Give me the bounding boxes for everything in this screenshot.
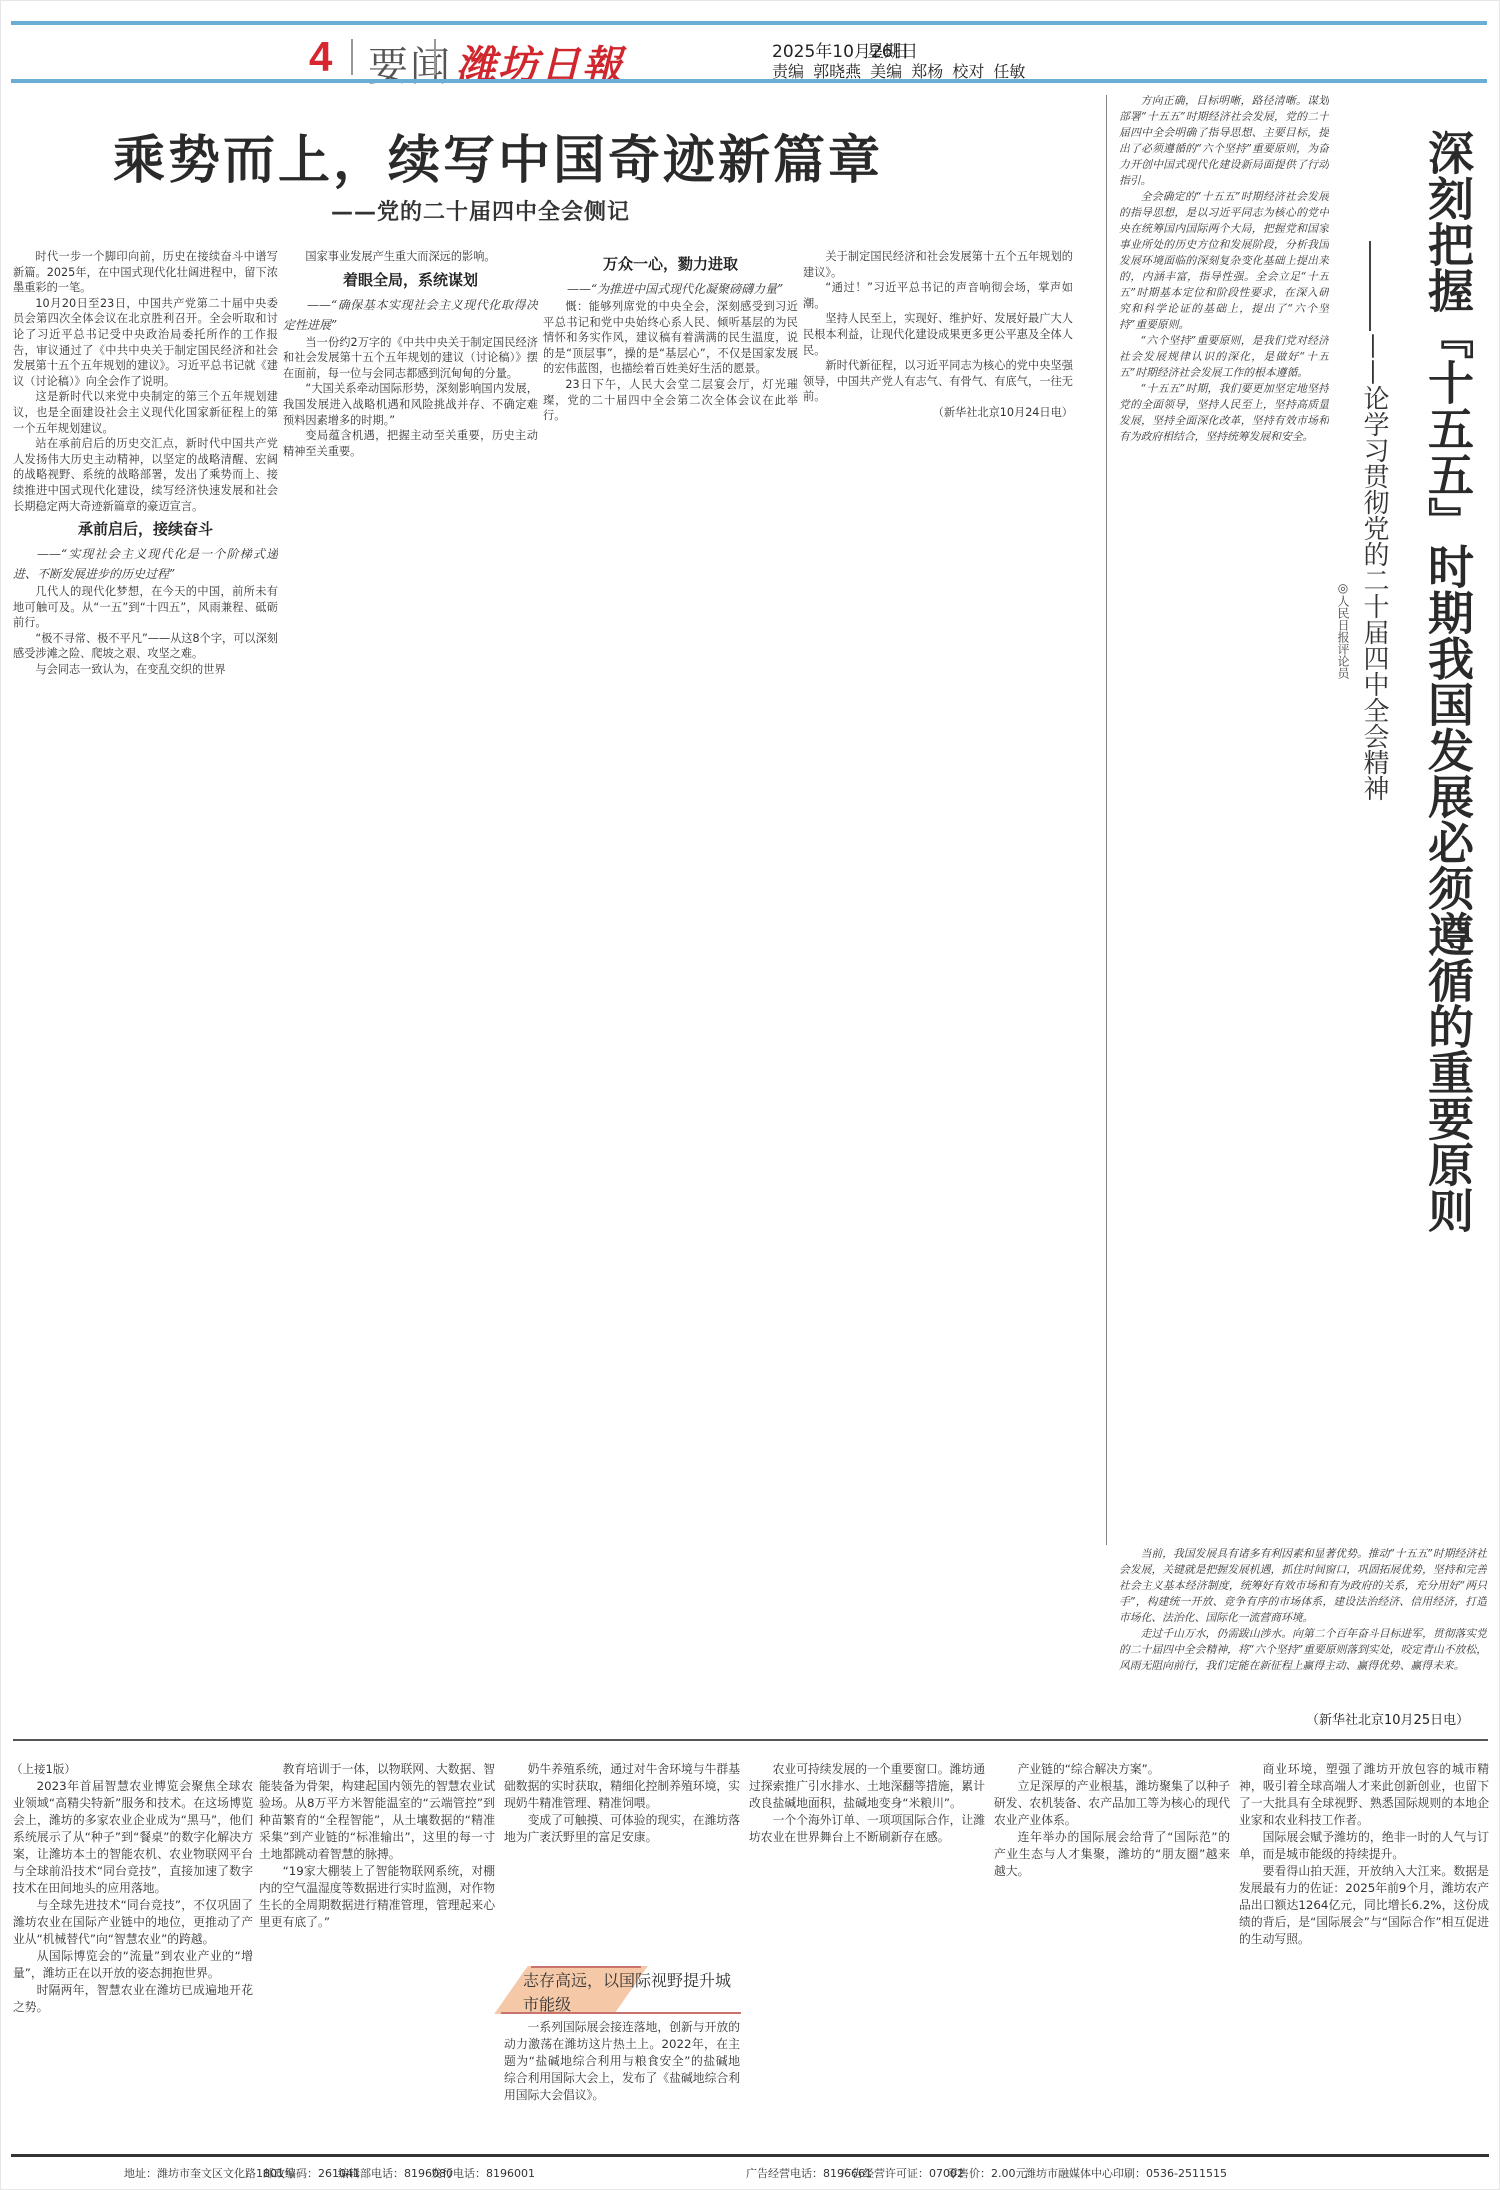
masthead-top-rule: [11, 21, 1487, 25]
section-title: 要闻: [368, 35, 452, 92]
footer-price: 零售价：2.00元: [947, 2165, 1027, 2181]
paragraph: 当一份约2万字的《中共中央关于制定国民经济和社会发展第十五个五年规划的建议（讨论…: [283, 335, 538, 382]
paragraph: 时代一步一个脚印向前，历史在接续奋斗中谱写新篇。2025年，在中国式现代化壮阔进…: [13, 249, 278, 296]
section-divider: [13, 1739, 1488, 1741]
paragraph: 奶牛养殖系统，通过对牛舍环境与牛群基础数据的实时获取，精细化控制养殖环境，实现奶…: [504, 1761, 740, 1812]
paragraph: 立足深厚的产业根基，潍坊聚集了以种子研发、农机装备、农产品加工等为核心的现代农业…: [994, 1778, 1230, 1829]
lower-article-col-3a: 奶牛养殖系统，通过对牛舍环境与牛群基础数据的实时获取，精细化控制养殖环境，实现奶…: [504, 1761, 740, 1961]
commentary-vertical-subtitle: ——论学习贯彻党的二十届四中全会精神: [1353, 333, 1389, 801]
paragraph: 变局蕴含机遇，把握主动至关重要，历史主动精神至关重要。: [283, 428, 538, 459]
paragraph: 当前，我国发展具有诸多有利因素和显著优势。推动“十五五”时期经济社会发展，关键就…: [1119, 1546, 1487, 1626]
paragraph: 一系列国际展会接连落地，创新与开放的动力激荡在潍坊这片热土上。2022年，在主题…: [504, 2019, 740, 2104]
commentary-col-wide: 当前，我国发展具有诸多有利因素和显著优势。推动“十五五”时期经济社会发展，关键就…: [1119, 1546, 1487, 1706]
paragraph: 站在承前启后的历史交汇点，新时代中国共产党人发扬伟大历史主动精神，以坚定的战略清…: [13, 436, 278, 514]
main-article-col-3: 万众一心，勠力进取 ——“为推进中国式现代化凝聚磅礴力量” 慨：能够列席党的中央…: [543, 249, 798, 1719]
paragraph: 要看得山拍天涯，开放纳入大江来。数据是发展最有力的佐证：2025年前9个月，潍坊…: [1239, 1863, 1489, 1948]
paragraph: 这是新时代以来党中央制定的第三个五年规划建议，也是全面建设社会主义现代化国家新征…: [13, 389, 278, 436]
main-headline: 乘势而上，续写中国奇迹新篇章: [113, 118, 883, 193]
paragraph: 关于制定国民经济和社会发展第十五个五年规划的建议》。: [803, 249, 1073, 280]
paragraph: 农业可持续发展的一个重要窗口。潍坊通过探索推广引水排水、土地深翻等措施，累计改良…: [749, 1761, 985, 1812]
paragraph: 走过千山万水，仍需跋山涉水。向第二个百年奋斗目标进军，贯彻落实党的二十届四中全会…: [1119, 1626, 1487, 1674]
paragraph: 与会同志一致认为，在变乱交织的世界: [13, 662, 278, 678]
lower-article-col-2: 教育培训于一体，以物联网、大数据、智能装备为骨架，构建起国内领先的智慧农业试验场…: [259, 1761, 495, 2153]
paragraph: 国际展会赋予潍坊的，绝非一时的人气与订单，而是城市能级的持续提升。: [1239, 1829, 1489, 1863]
main-article-col-2: 国家事业发展产生重大而深远的影响。 着眼全局，系统谋划 ——“确保基本实现社会主…: [283, 249, 538, 1719]
commentary-dateline: （新华社北京10月25日电）: [1306, 1709, 1469, 1728]
paragraph: 时隔两年，智慧农业在潍坊已成遍地开花之势。: [13, 1982, 253, 2016]
paragraph: 教育培训于一体，以物联网、大数据、智能装备为骨架，构建起国内领先的智慧农业试验场…: [259, 1761, 495, 1863]
section-kicker: 承前启后，接续奋斗: [13, 514, 278, 544]
paragraph: 23日下午，人民大会堂二层宴会厅，灯光璀璨，党的二十届四中全会第二次全体会议在此…: [543, 377, 798, 424]
paragraph: 变成了可触摸、可体验的现实，在潍坊落地为广袤沃野里的富足安康。: [504, 1812, 740, 1846]
lower-article-col-6: 商业环境，塑强了潍坊开放包容的城市精神，吸引着全球高端人才来此创新创业，也留下了…: [1239, 1761, 1489, 2153]
paragraph: 坚持人民至上，实现好、维护好、发展好最广大人民根本利益，让现代化建设成果更多更公…: [803, 311, 1073, 358]
paragraph: 商业环境，塑强了潍坊开放包容的城市精神，吸引着全球高端人才来此创新创业，也留下了…: [1239, 1761, 1489, 1829]
masthead-bottom-rule: [11, 79, 1487, 83]
commentary-vertical-title: 深刻把握『十五五』时期我国发展必须遵循的重要原则: [1405, 129, 1475, 1233]
paragraph: “通过！”习近平总书记的声音响彻会场，掌声如潮。: [803, 280, 1073, 311]
paragraph: “十五五”时期，我们要更加坚定地坚持党的全面领导，坚持人民至上，坚持高质量发展，…: [1119, 381, 1329, 445]
paragraph: “大国关系牵动国际形势，深刻影响国内发展，我国发展进入战略机遇和风险挑战并存、不…: [283, 381, 538, 428]
paragraph: 全会确定的“十五五”时期经济社会发展的指导思想，是以习近平同志为核心的党中央在统…: [1119, 189, 1329, 333]
section-kicker-quote: ——“为推进中国式现代化凝聚磅礴力量”: [543, 279, 798, 299]
commentary-subtitle-dash: [1369, 241, 1371, 331]
paragraph: “19家大棚装上了智能物联网系统，对棚内的空气温湿度等数据进行实时监测，对作物生…: [259, 1863, 495, 1931]
main-article-col-1: 时代一步一个脚印向前，历史在接续奋斗中谱写新篇。2025年，在中国式现代化壮阔进…: [13, 249, 278, 1719]
paragraph: 新时代新征程，以习近平同志为核心的党中央坚强领导，中国共产党人有志气、有骨气、有…: [803, 358, 1073, 405]
masthead-separator: [434, 39, 436, 75]
paragraph: 10月20日至23日，中国共产党第二十届中央委员会第四次全体会议在北京胜利召开。…: [13, 296, 278, 390]
paragraph: 国家事业发展产生重大而深远的影响。: [283, 249, 538, 265]
newspaper-page: 4 要闻 潍坊日報 2025年10月26日 星期日 责编 郭晓燕 美编 郑杨 校…: [0, 0, 1500, 2190]
paragraph: “极不寻常、极不平凡”——从这8个字，可以深刻感受涉滩之险、爬坡之艰、攻坚之难。: [13, 631, 278, 662]
footer-rule: [11, 2154, 1489, 2157]
paragraph: “六个坚持”重要原则，是我们党对经济社会发展规律认识的深化，是做好“十五五”时期…: [1119, 333, 1329, 381]
section-kicker: 万众一心，勠力进取: [543, 249, 798, 279]
continuation-note: （上接1版）: [11, 1761, 76, 1777]
lower-article-col-1: 2023年首届智慧农业博览会聚焦全球农业领域“高精尖特新”服务和技术。在这场博览…: [13, 1778, 253, 2153]
page-number: 4: [309, 33, 332, 81]
footer-printer: 潍坊市融媒体中心印刷：0536-2511515: [1025, 2165, 1227, 2181]
paragraph: 与全球先进技术“同台竞技”，不仅巩固了潍坊农业在国际产业链中的地位，更推动了产业…: [13, 1897, 253, 1948]
kicker-rule: [501, 2012, 741, 2014]
column-divider: [1106, 95, 1107, 1545]
lower-article-col-5: 产业链的“综合解决方案”。 立足深厚的产业根基，潍坊聚集了以种子研发、农机装备、…: [994, 1761, 1230, 2153]
lower-article-col-3b: 一系列国际展会接连落地，创新与开放的动力激荡在潍坊这片热土上。2022年，在主题…: [504, 2019, 740, 2153]
paragraph: 2023年首届智慧农业博览会聚焦全球农业领域“高精尖特新”服务和技术。在这场博览…: [13, 1778, 253, 1897]
paragraph: 产业链的“综合解决方案”。: [994, 1761, 1230, 1778]
paragraph: 慨：能够列席党的中央全会，深刻感受到习近平总书记和党中央始终心系人民、倾听基层的…: [543, 299, 798, 377]
section-kicker-quote: ——“实现社会主义现代化是一个阶梯式递进、不断发展进步的历史过程”: [13, 544, 278, 584]
footer-distribution-phone: 发行电话：8196001: [431, 2165, 535, 2181]
section-kicker-quote: ——“确保基本实现社会主义现代化取得决定性进展”: [283, 295, 538, 335]
footer-ad-license: 广告经营许可证：07002: [841, 2165, 964, 2181]
dateline: （新华社北京10月24日电）: [803, 405, 1073, 421]
kicker-text: 志存高远，以国际视野提升城市能级: [523, 1969, 741, 2017]
commentary-byline: ◎人民日报评论员: [1335, 581, 1352, 679]
paragraph: 几代人的现代化梦想，在今天的中国，前所未有地可触可及。从“一五”到“十四五”，风…: [13, 584, 278, 631]
kicker-rule: [531, 1966, 641, 1968]
paragraph: 一个个海外订单、一项项国际合作，让潍坊农业在世界舞台上不断刷新存在感。: [749, 1812, 985, 1846]
paragraph: 连年举办的国际展会给背了“国际范”的产业生态与人才集聚，潍坊的“朋友圈”越来越大…: [994, 1829, 1230, 1880]
main-subhead: ——党的二十届四中全会侧记: [331, 195, 630, 226]
masthead-separator: [351, 39, 353, 75]
paragraph: 从国际博览会的“流量”到农业产业的“增量”，潍坊正在以开放的姿态拥抱世界。: [13, 1948, 253, 1982]
lower-section-kicker: 志存高远，以国际视野提升城市能级: [501, 1966, 741, 2014]
main-article-col-4: 关于制定国民经济和社会发展第十五个五年规划的建议》。 “通过！”习近平总书记的声…: [803, 249, 1073, 1709]
lower-article-col-4: 农业可持续发展的一个重要窗口。潍坊通过探索推广引水排水、土地深翻等措施，累计改良…: [749, 1761, 985, 2153]
commentary-col-1: 方向正确，目标明晰，路径清晰。谋划部署“十五五”时期经济社会发展，党的二十届四中…: [1119, 93, 1329, 1543]
paragraph: 方向正确，目标明晰，路径清晰。谋划部署“十五五”时期经济社会发展，党的二十届四中…: [1119, 93, 1329, 189]
section-kicker: 着眼全局，系统谋划: [283, 265, 538, 295]
